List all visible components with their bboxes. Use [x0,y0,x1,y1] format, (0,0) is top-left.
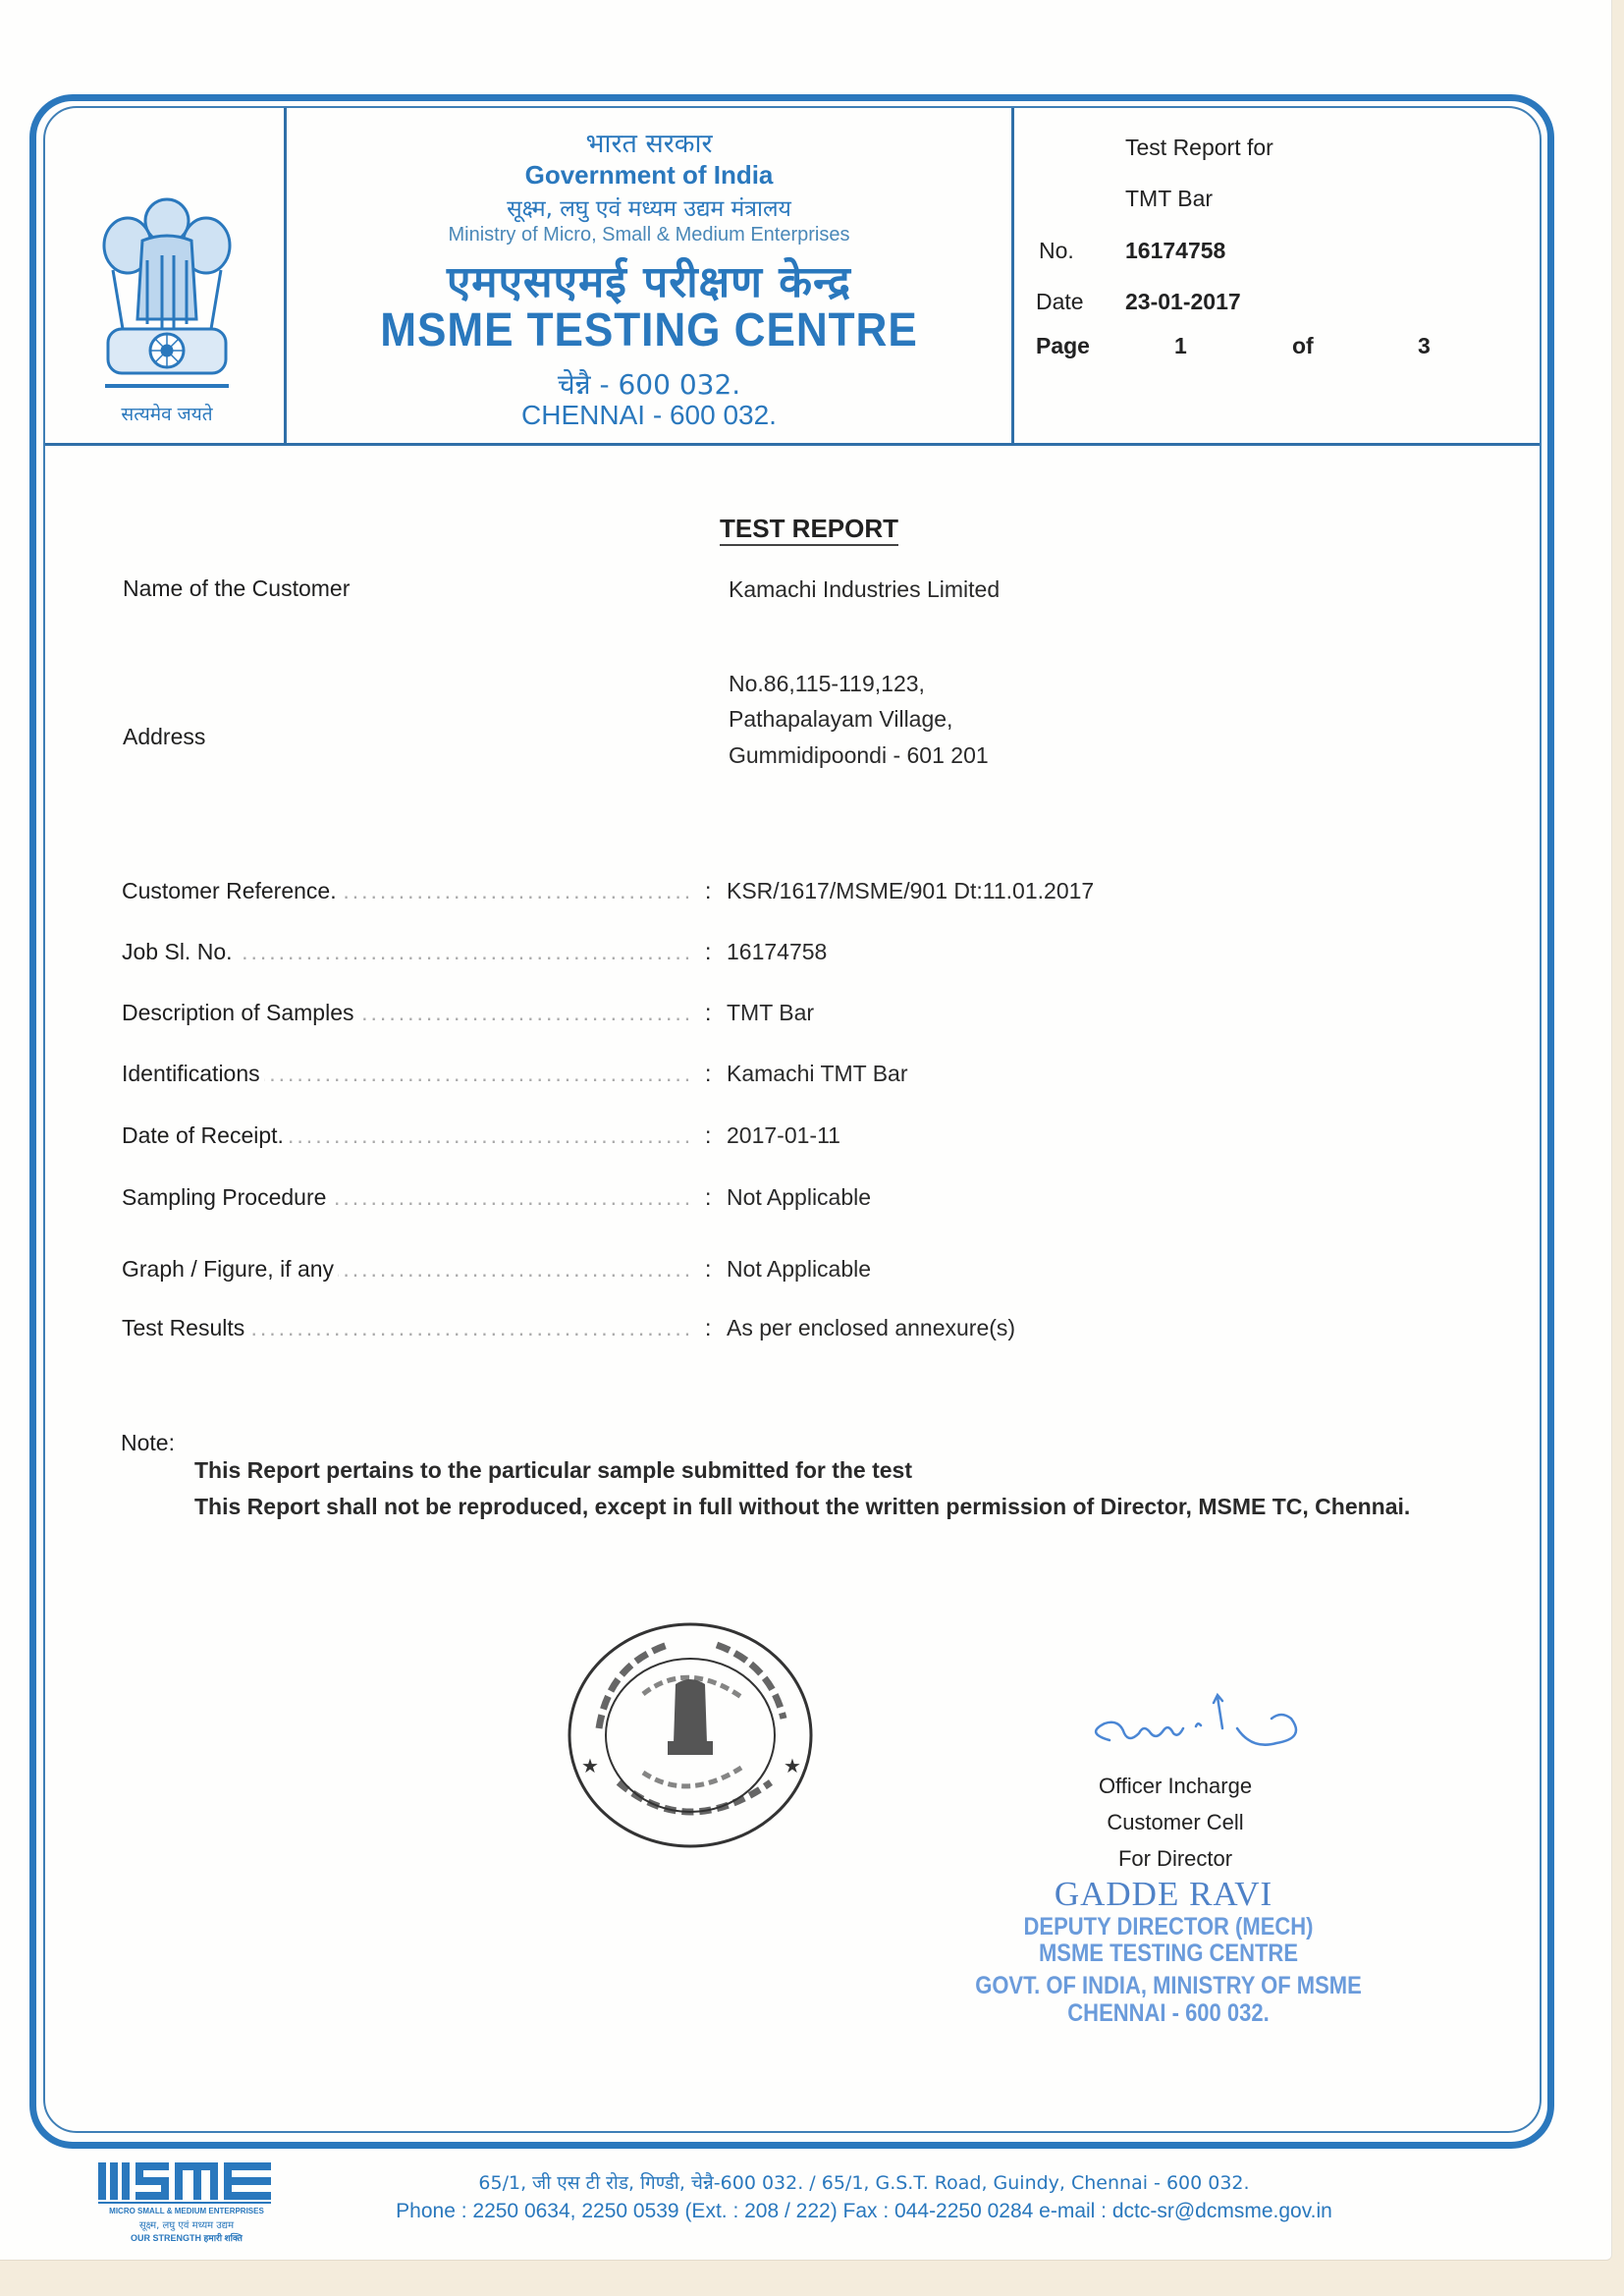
field-value: Kamachi TMT Bar [727,1061,907,1087]
field-value: KSR/1617/MSME/901 Dt:11.01.2017 [727,878,1094,904]
stamp-line-4: CHENNAI - 600 032. [970,1999,1368,2028]
field-colon: : [705,939,711,965]
field-label: Graph / Figure, if any [122,1256,338,1283]
report-subject: TMT Bar [1125,186,1213,212]
stamp-line-3: GOVT. OF INDIA, MINISTRY OF MSME [970,1972,1368,2000]
logo-caption: MICRO SMALL & MEDIUM ENTERPRISES [98,2207,275,2215]
field-value: As per enclosed annexure(s) [727,1315,1015,1341]
svg-text:★: ★ [784,1754,801,1777]
header-hindi-city: चेन्नै - 600 032. [287,365,1011,403]
field-label: Identifications [122,1061,264,1087]
stamp-officer-name: GADDE RAVI [982,1875,1345,1914]
field-label: Customer Reference. [122,878,341,904]
field-value: Not Applicable [727,1256,871,1283]
header-ministry: Ministry of Micro, Small & Medium Enterp… [287,224,1011,246]
report-date-value: 23-01-2017 [1125,289,1241,315]
signatory-line-2: Customer Cell [1028,1810,1323,1835]
header-centre-name: MSME TESTING CENTRE [316,303,983,357]
field-colon: : [705,1184,711,1211]
field-colon: : [705,1315,711,1341]
field-label: Job Sl. No. [122,939,237,965]
header-bottom-rule [45,443,1540,446]
field-value: 2017-01-11 [727,1122,840,1149]
state-emblem-icon [93,191,241,403]
field-value: Not Applicable [727,1184,871,1211]
page-current: 1 [1174,333,1187,359]
svg-text:★: ★ [581,1754,599,1777]
field-colon: : [705,1122,711,1149]
field-label: Date of Receipt. [122,1122,288,1149]
signature-icon [1080,1689,1316,1768]
msme-logo: MICRO SMALL & MEDIUM ENTERPRISES सूक्ष्म… [98,2160,275,2245]
field-row: ........................................… [122,1184,1202,1214]
field-label: Description of Samples [122,1000,358,1026]
note-line-2: This Report shall not be reproduced, exc… [194,1494,1410,1520]
stamp-line-2: MSME TESTING CENTRE [970,1940,1368,1968]
field-row: ........................................… [122,939,1202,968]
footer-address: 65/1, जी एस टी रोड, गिण्डी, चेन्नै-600 0… [295,2169,1434,2195]
field-colon: : [705,1061,711,1087]
address-line-2: Pathapalayam Village, [729,706,952,733]
report-date-label: Date [1036,289,1084,315]
field-row: ........................................… [122,1000,1202,1029]
customer-name: Kamachi Industries Limited [729,576,1000,603]
signatory-line-3: For Director [1028,1846,1323,1872]
note-heading: Note: [121,1430,175,1456]
stamp-line-1: DEPUTY DIRECTOR (MECH) [970,1913,1368,1941]
report-no-label: No. [1039,238,1074,264]
field-row: ........................................… [122,878,1202,907]
logo-tagline: OUR STRENGTH हमारी शक्ति [98,2231,275,2244]
footer-contact: Phone : 2250 0634, 2250 0539 (Ext. : 208… [295,2200,1434,2223]
emblem-motto: सत्यमेव जयते [59,401,275,426]
field-colon: : [705,1256,711,1283]
field-label: Test Results [122,1315,248,1341]
page-label: Page [1036,333,1090,359]
customer-name-label: Name of the Customer [123,575,350,602]
page-total: 3 [1418,333,1431,359]
field-colon: : [705,1000,711,1026]
header-government: Government of India [287,160,1011,191]
logo-hindi: सूक्ष्म, लघु एवं मध्यम उद्यम [98,2217,275,2231]
field-value: 16174758 [727,939,827,965]
address-label: Address [123,724,205,750]
official-seal-icon: ★ ★ [560,1611,825,1856]
field-colon: : [705,878,711,904]
field-row: ........................................… [122,1315,1202,1344]
report-for-heading: Test Report for [1125,135,1273,161]
field-row: ........................................… [122,1061,1202,1090]
header-divider-right [1011,108,1014,446]
field-value: TMT Bar [727,1000,814,1026]
field-row: ........................................… [122,1122,1202,1152]
header-hindi-ministry: सूक्ष्म, लघु एवं मध्यम उद्यम मंत्रालय [287,191,1011,223]
address-line-3: Gummidipoondi - 601 201 [729,742,989,769]
msme-logo-icon [98,2160,271,2204]
note-line-1: This Report pertains to the particular s… [194,1457,912,1484]
field-row: ........................................… [122,1256,1202,1285]
header-city: CHENNAI - 600 032. [287,400,1011,431]
header-hindi-centre: एमएसएमई परीक्षण केन्द्र [287,250,1011,309]
field-label: Sampling Procedure [122,1184,330,1211]
page-of: of [1292,333,1314,359]
page-title: TEST REPORT [720,515,898,546]
report-no-value: 16174758 [1125,238,1225,264]
signatory-line-1: Officer Incharge [1028,1774,1323,1799]
address-line-1: No.86,115-119,123, [729,671,925,697]
header-hindi-govt: भारत सरकार [287,124,1011,160]
